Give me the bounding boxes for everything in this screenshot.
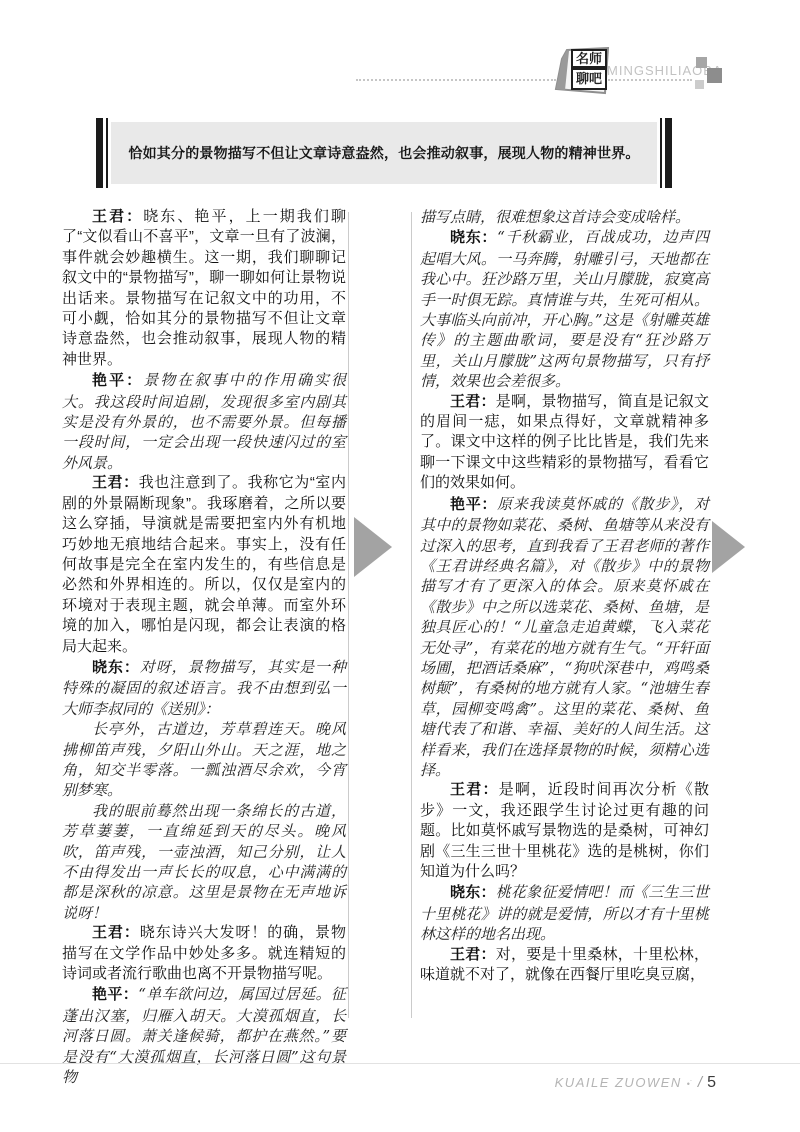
dialogue-paragraph: 王君：晓东、艳平，上一期我们聊了“文似看山不喜平”，文章一旦有了波澜，事件就会妙… — [62, 207, 346, 370]
speaker-name: 王君： — [92, 208, 143, 225]
gutter-arrow-icon — [354, 517, 392, 577]
footer: KUAILE ZUOWEN •˙ / 5 — [555, 1074, 716, 1092]
left-column: 王君：晓东、艳平，上一期我们聊了“文似看山不喜平”，文章一旦有了波澜，事件就会妙… — [62, 207, 346, 1087]
dialogue-paragraph: 王君：我也注意到了。我称它为“室内剧的外景隔断现象”。我琢磨着，之所以要这么穿插… — [62, 473, 346, 657]
speaker-name: 艳平： — [92, 986, 138, 1003]
dialogue-text: 原来我读莫怀戚的《散步》，对其中的景物如菜花、桑树、鱼塘等从来没有过深入的思考，… — [420, 495, 709, 779]
dialogue-paragraph: 王君：是啊，景物描写，简直是记叙文的眉间一痣，如果点得好，文章就精神多了。课文中… — [420, 392, 709, 494]
dialogue-paragraph: 晓东：对呀，景物描写，其实是一种特殊的凝固的叙述语言。我不由想到弘一大师李叔同的… — [62, 657, 346, 719]
dialogue-paragraph: 王君：对，要是十里桑林，十里松林，味道就不对了，就像在西餐厅里吃臭豆腐， — [420, 945, 709, 986]
dialogue-paragraph: 艳平：景物在叙事中的作用确实很大。我这段时间追剧，发现很多室内剧其实是没有外景的… — [62, 370, 346, 473]
dialogue-text: 我的眼前蓦然出现一条绵长的古道，芳草萋萋，一直绵延到天的尽头。晚风吹，笛声残，一… — [62, 802, 346, 922]
logo-title-bottom: 聊吧 — [571, 68, 607, 90]
speaker-name: 王君： — [450, 946, 496, 963]
decor-square-icon — [695, 80, 704, 89]
dialogue-text: “千秋霸业，百战成功，边声四起唱大风。一马奔腾，射雕引弓，天地都在我心中。狂沙路… — [420, 228, 709, 390]
dialogue-paragraph: 王君：晓东诗兴大发呀！的确，景物描写在文学作品中妙处多多。就连精短的诗词或者流行… — [62, 923, 346, 984]
column-rule-right — [411, 212, 412, 1018]
dialogue-paragraph: 晓东：“千秋霸业，百战成功，边声四起唱大风。一马奔腾，射雕引弓，天地都在我心中。… — [420, 227, 709, 391]
speaker-name: 艳平： — [92, 372, 143, 389]
page-number: 5 — [707, 1074, 716, 1092]
decor-square-icon — [707, 68, 722, 83]
banner-bar-right-thick — [665, 118, 672, 188]
poem-quote-paragraph: 长亭外，古道边，芳草碧连天。晚风拂柳笛声残，夕阳山外山。天之涯，地之角，知交半零… — [62, 719, 346, 801]
dotted-divider-right — [608, 79, 692, 81]
footer-dots-icon: •˙ — [687, 1079, 693, 1089]
banner-bar-left-thin — [106, 118, 108, 188]
banner-text: 恰如其分的景物描写不但让文章诗意盎然，也会推动叙事，展现人物的精神世界。 — [128, 143, 639, 163]
banner-bar-left-thick — [96, 118, 103, 188]
dialogue-text: 长亭外，古道边，芳草碧连天。晚风拂柳笛声残，夕阳山外山。天之涯，地之角，知交半零… — [62, 720, 346, 799]
speaker-name: 王君： — [92, 474, 139, 491]
footer-slash: / — [698, 1074, 702, 1091]
continuation-paragraph: 描写点睛，很难想象这首诗会变成啥样。 — [420, 207, 709, 227]
speaker-name: 王君： — [450, 393, 496, 410]
dialogue-paragraph: 我的眼前蓦然出现一条绵长的古道，芳草萋萋，一直绵延到天的尽头。晚风吹，笛声残，一… — [62, 801, 346, 923]
speaker-name: 晓东： — [92, 659, 140, 676]
journal-name: KUAILE ZUOWEN — [555, 1075, 682, 1090]
quote-banner: 恰如其分的景物描写不但让文章诗意盎然，也会推动叙事，展现人物的精神世界。 — [96, 118, 672, 188]
dotted-divider-left — [356, 79, 556, 81]
decor-square-icon — [696, 57, 707, 68]
speaker-name: 王君： — [92, 924, 140, 941]
dialogue-text: 描写点睛，很难想象这首诗会变成啥样。 — [420, 208, 690, 226]
margin-arrow-icon — [712, 521, 745, 573]
right-column: 描写点睛，很难想象这首诗会变成啥样。 晓东：“千秋霸业，百战成功，边声四起唱大风… — [420, 207, 709, 985]
column-rule-left — [348, 212, 349, 1018]
dialogue-text: 我也注意到了。我称它为“室内剧的外景隔断现象”。我琢磨着，之所以要这么穿插，导演… — [62, 474, 346, 654]
speaker-name: 晓东： — [450, 884, 496, 901]
dialogue-paragraph: 晓东：桃花象征爱情吧！而《三生三世十里桃花》讲的就是爱情，所以才有十里桃林这样的… — [420, 882, 709, 944]
speaker-name: 艳平： — [450, 496, 497, 513]
banner-bar-right-thin — [660, 118, 662, 188]
logo-title-top: 名师 — [571, 49, 607, 68]
speaker-name: 晓东： — [450, 229, 497, 246]
speaker-name: 王君： — [450, 781, 499, 798]
dialogue-paragraph: 王君：是啊，近段时间再次分析《散步》一文，我还跟学生讨论过更有趣的问题。比如莫怀… — [420, 780, 709, 882]
dialogue-text: 晓东、艳平，上一期我们聊了“文似看山不喜平”，文章一旦有了波澜，事件就会妙趣横生… — [62, 208, 346, 368]
banner-body: 恰如其分的景物描写不但让文章诗意盎然，也会推动叙事，展现人物的精神世界。 — [111, 122, 657, 184]
dialogue-paragraph: 艳平：原来我读莫怀戚的《散步》，对其中的景物如菜花、桑树、鱼塘等从来没有过深入的… — [420, 494, 709, 781]
footer-divider — [0, 1063, 800, 1064]
dialogue-paragraph: 艳平：“单车欲问边，属国过居延。征蓬出汉塞，归雁入胡天。大漠孤烟直，长河落日圆。… — [62, 984, 346, 1087]
